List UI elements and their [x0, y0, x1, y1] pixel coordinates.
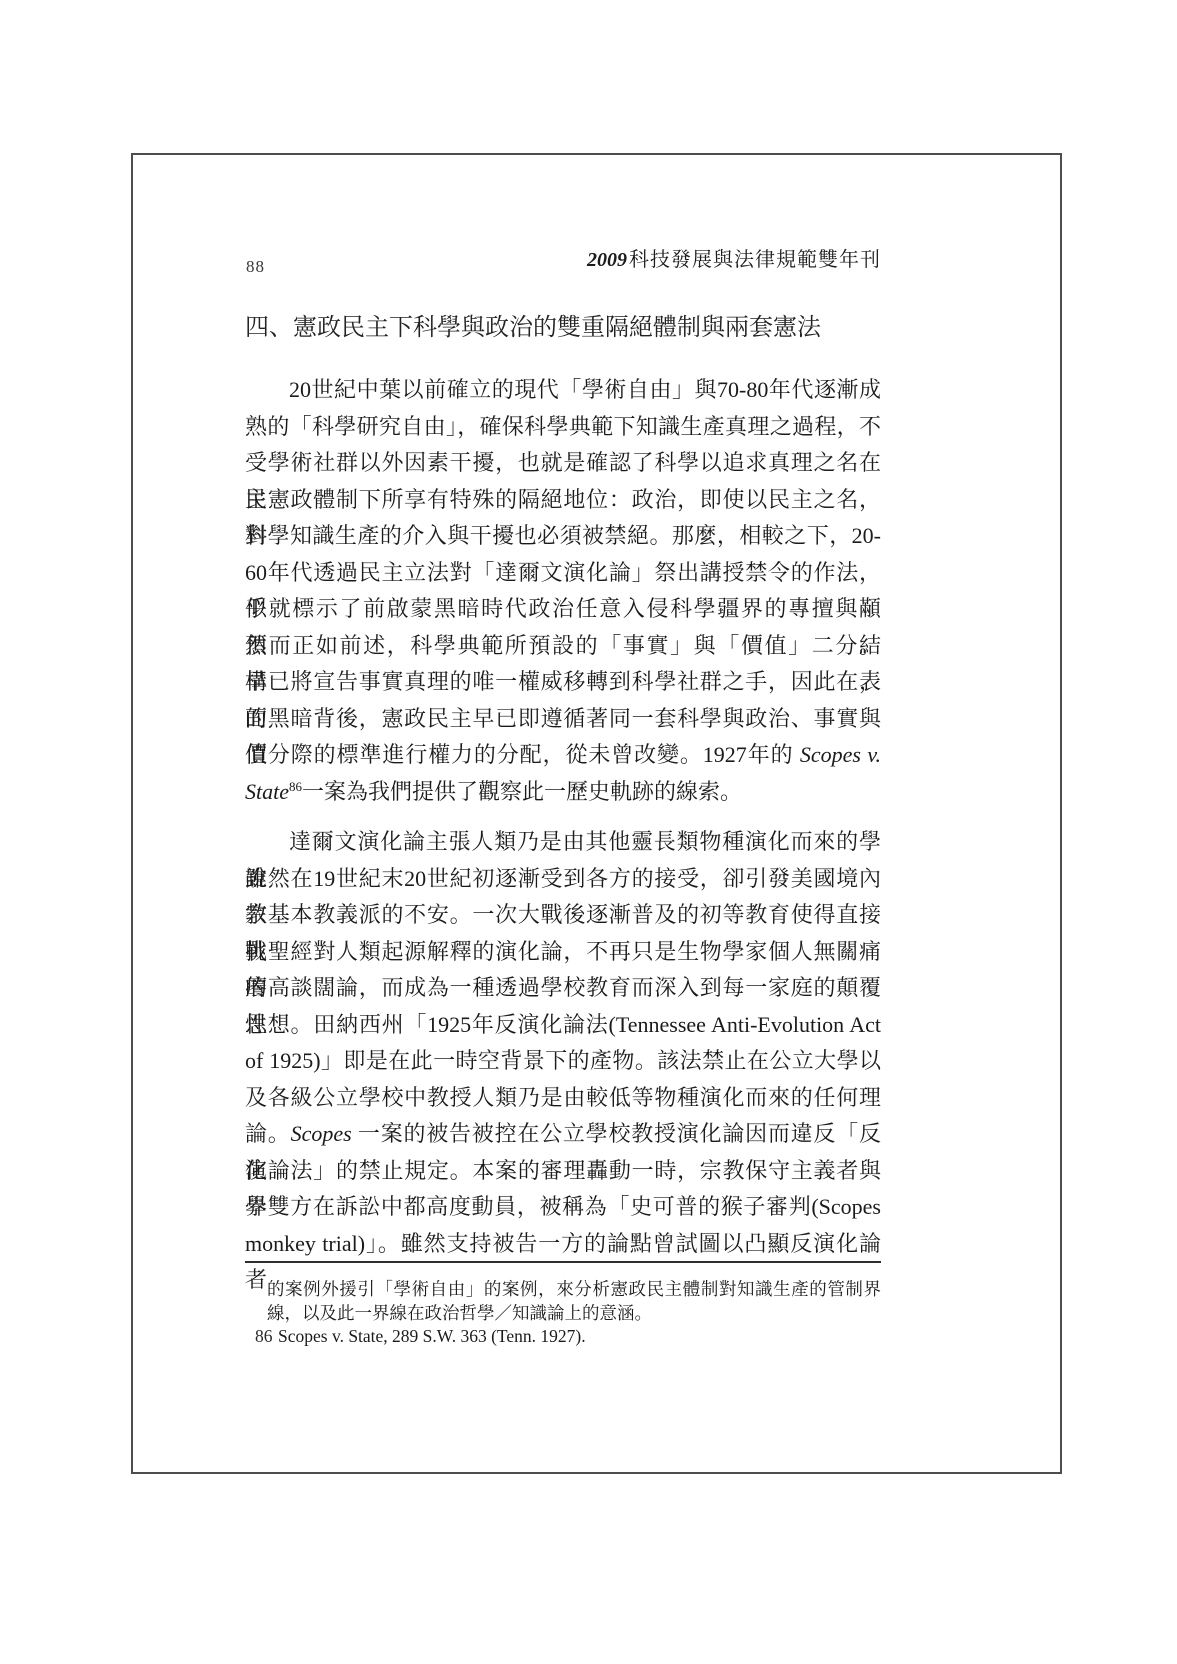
text-line: 早已將宣告事實真理的唯一權威移轉到科學社群之手，因此在表面	[245, 664, 881, 701]
text-segment: 值分際的標準進行權力的分配，從未曾改變。1927年的	[245, 742, 800, 767]
text-segment: 科學知識生產的介入與干擾也必須被禁絕。那麼，相較之下，20-	[245, 523, 881, 548]
section-heading: 四、憲政民主下科學與政治的雙重隔絕體制與兩套憲法	[245, 307, 945, 342]
footnote-block: 的案例外援引「學術自由」的案例，來分析憲政民主體制對知識生產的管制界線，以及此一…	[245, 1278, 881, 1349]
text-line: 熟的「科學研究自由」，確保科學典範下知識生產真理之過程，不	[245, 409, 881, 446]
footnote-item: 86 Scopes v. State, 289 S.W. 363 (Tenn. …	[245, 1325, 881, 1349]
text-line: 然而正如前述，科學典範所預設的「事實」與「價值」二分結構，	[245, 628, 881, 665]
text-line: 科學知識生產的介入與干擾也必須被禁絕。那麼，相較之下，20-	[245, 518, 881, 555]
text-line: 60年代透過民主立法對「達爾文演化論」祭出講授禁令的作法，似	[245, 555, 881, 592]
footnote-continuation: 的案例外援引「學術自由」的案例，來分析憲政民主體制對知識生產的管制界線，以及此一…	[245, 1278, 881, 1325]
text-segment: 熟的「科學研究自由」，確保科學典範下知識生產真理之過程，不	[245, 414, 881, 439]
journal-name: 科技發展與法律規範雙年刊	[629, 249, 881, 271]
footnote-line: 線，以及此一界線在政治哲學／知識論上的意涵。	[245, 1302, 881, 1326]
paragraph: 20世紀中葉以前確立的現代「學術自由」與70-80年代逐漸成熟的「科學研究自由」…	[245, 372, 881, 810]
text-line: 思想。田納西州「1925年反演化論法(Tennessee Anti-Evolut…	[245, 1007, 881, 1044]
footnote-number: 86	[255, 1325, 278, 1349]
text-line: of 1925)」即是在此一時空背景下的產物。該法禁止在公立大學以	[245, 1043, 881, 1080]
text-line: 化論法」的禁止規定。本案的審理轟動一時，宗教保守主義者與學	[245, 1153, 881, 1190]
text-line: 的高談闊論，而成為一種透過學校教育而深入到每一家庭的顛覆性	[245, 970, 881, 1007]
page-border-frame	[131, 153, 1062, 1474]
text-line: State86一案為我們提供了觀察此一歷史軌跡的線索。	[245, 774, 881, 811]
journal-year: 2009	[587, 249, 627, 271]
text-line: monkey trial)」。雖然支持被告一方的論點曾試圖以凸顯反演化論者	[245, 1226, 881, 1263]
text-segment: 論。	[245, 1121, 291, 1146]
text-line: 戰聖經對人類起源解釋的演化論，不再只是生物學家個人無關痛癢	[245, 934, 881, 971]
footnote-ref: 86	[289, 779, 302, 794]
journal-header: 2009科技發展與法律規範雙年刊	[245, 243, 881, 272]
text-segment: 及各級公立學校中教授人類乃是由較低等物種演化而來的任何理	[245, 1085, 881, 1110]
text-line: 達爾文演化論主張人類乃是由其他靈長類物種演化而來的學說	[245, 824, 881, 861]
text-line: 界雙方在訴訟中都高度動員，被稱為「史可普的猴子審判(Scopes	[245, 1189, 881, 1226]
paragraph: 達爾文演化論主張人類乃是由其他靈長類物種演化而來的學說雖然在19世紀末20世紀初…	[245, 824, 881, 1262]
footnote-text: Scopes v. State, 289 S.W. 363 (Tenn. 192…	[278, 1325, 881, 1349]
text-segment: 一案為我們提供了觀察此一歷史軌跡的線索。	[302, 779, 742, 804]
text-line: 的黑暗背後，憲政民主早已即遵循著同一套科學與政治、事實與價	[245, 701, 881, 738]
text-line: 及各級公立學校中教授人類乃是由較低等物種演化而來的任何理	[245, 1080, 881, 1117]
text-line: 主憲政體制下所享有特殊的隔絕地位：政治，即使以民主之名，對	[245, 482, 881, 519]
footnote-line: 的案例外援引「學術自由」的案例，來分析憲政民主體制對知識生產的管制界	[245, 1278, 881, 1302]
text-line: 教基本教義派的不安。一次大戰後逐漸普及的初等教育使得直接挑	[245, 897, 881, 934]
text-segment: 界雙方在訴訟中都高度動員，被稱為「史可普的猴子審判(Scopes	[245, 1194, 881, 1219]
footnote-separator	[245, 1261, 881, 1263]
text-line: 20世紀中葉以前確立的現代「學術自由」與70-80年代逐漸成	[245, 372, 881, 409]
text-segment: Scopes v.	[800, 742, 881, 767]
text-segment: 思想。田納西州「1925年反演化論法(Tennessee Anti-Evolut…	[245, 1012, 881, 1037]
text-line: 受學術社群以外因素干擾，也就是確認了科學以追求真理之名在民	[245, 445, 881, 482]
text-segment: of 1925)」即是在此一時空背景下的產物。該法禁止在公立大學以	[245, 1048, 881, 1073]
text-line: 雖然在19世紀末20世紀初逐漸受到各方的接受，卻引發美國境內宗	[245, 861, 881, 898]
text-line: 論。Scopes 一案的被告被控在公立學校教授演化論因而違反「反演	[245, 1116, 881, 1153]
text-line: 值分際的標準進行權力的分配，從未曾改變。1927年的 Scopes v.	[245, 737, 881, 774]
text-segment: State	[245, 779, 289, 804]
text-segment: Scopes	[291, 1121, 352, 1146]
text-segment: 20世紀中葉以前確立的現代「學術自由」與70-80年代逐漸成	[289, 377, 881, 402]
text-line: 乎就標示了前啟蒙黑暗時代政治任意入侵科學疆界的專擅與顢頇。	[245, 591, 881, 628]
